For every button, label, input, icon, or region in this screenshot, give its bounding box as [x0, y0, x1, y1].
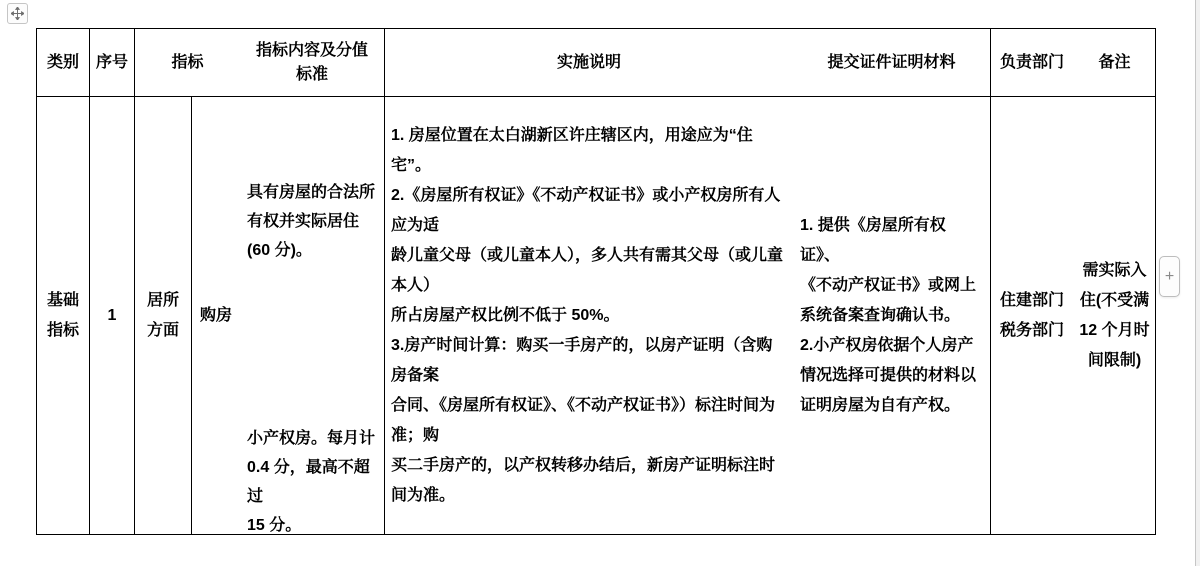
header-cell-implementation[interactable]: 实施说明 — [385, 29, 793, 97]
cell-remarks[interactable]: 需实际入 住(不受满 12 个月时 间限制) — [1073, 97, 1156, 534]
header-cell-indicator[interactable]: 指标 — [135, 29, 240, 97]
table-move-handle[interactable] — [7, 3, 28, 24]
cell-indicator-group[interactable]: 居所 方面 — [135, 97, 192, 534]
score-standard-paragraph: 具有房屋的合法所 有权并实际居住 (60 分)。 — [247, 178, 379, 265]
header-cell-category[interactable]: 类别 — [37, 29, 90, 97]
cell-serial[interactable]: 1 — [90, 97, 135, 534]
implementation-item: 1. 房屋位置在太白湖新区许庄辖区内，用途应为“住宅”。 — [391, 121, 787, 181]
score-standard-paragraph: 小产权房。每月计 0.4 分，最高不超过 15 分。 — [247, 424, 379, 534]
cell-implementation[interactable]: 1. 房屋位置在太白湖新区许庄辖区内，用途应为“住宅”。 2.《房屋所有权证》《… — [385, 97, 793, 534]
cell-score-standard[interactable]: 具有房屋的合法所 有权并实际居住 (60 分)。 小产权房。每月计 0.4 分，… — [240, 97, 385, 534]
materials-item: 2.小产权房依据个人房产 情况选择可提供的材料以 证明房屋为自有产权。 — [800, 331, 983, 421]
materials-item: 1. 提供《房屋所有权证》、 《不动产权证书》或网上 系统备案查询确认书。 — [800, 211, 983, 331]
insert-table-row-button[interactable]: + — [1159, 256, 1180, 297]
cell-departments[interactable]: 住建部门 税务部门 — [991, 97, 1073, 534]
cell-indicator-item[interactable]: 购房 — [192, 97, 240, 534]
move-cross-icon — [11, 7, 24, 20]
cell-materials[interactable]: 1. 提供《房屋所有权证》、 《不动产权证书》或网上 系统备案查询确认书。 2.… — [793, 97, 991, 534]
page-right-edge — [1195, 0, 1200, 566]
header-cell-content-standard[interactable]: 指标内容及分值 标准 — [240, 29, 385, 97]
header-cell-department[interactable]: 负责部门 — [991, 29, 1073, 97]
implementation-item: 3.房产时间计算：购买一手房产的，以房产证明（含购房备案 合同、《房屋所有权证》… — [391, 331, 787, 511]
scoring-table: 类别 序号 指标 指标内容及分值 标准 实施说明 提交证件证明材料 负责部门 备… — [36, 28, 1156, 535]
cell-category[interactable]: 基础 指标 — [37, 97, 90, 534]
header-cell-remarks[interactable]: 备注 — [1073, 29, 1156, 97]
header-cell-materials[interactable]: 提交证件证明材料 — [793, 29, 991, 97]
header-cell-serial[interactable]: 序号 — [90, 29, 135, 97]
implementation-item: 2.《房屋所有权证》《不动产权证书》或小产权房所有人应为适 龄儿童父母（或儿童本… — [391, 181, 787, 331]
